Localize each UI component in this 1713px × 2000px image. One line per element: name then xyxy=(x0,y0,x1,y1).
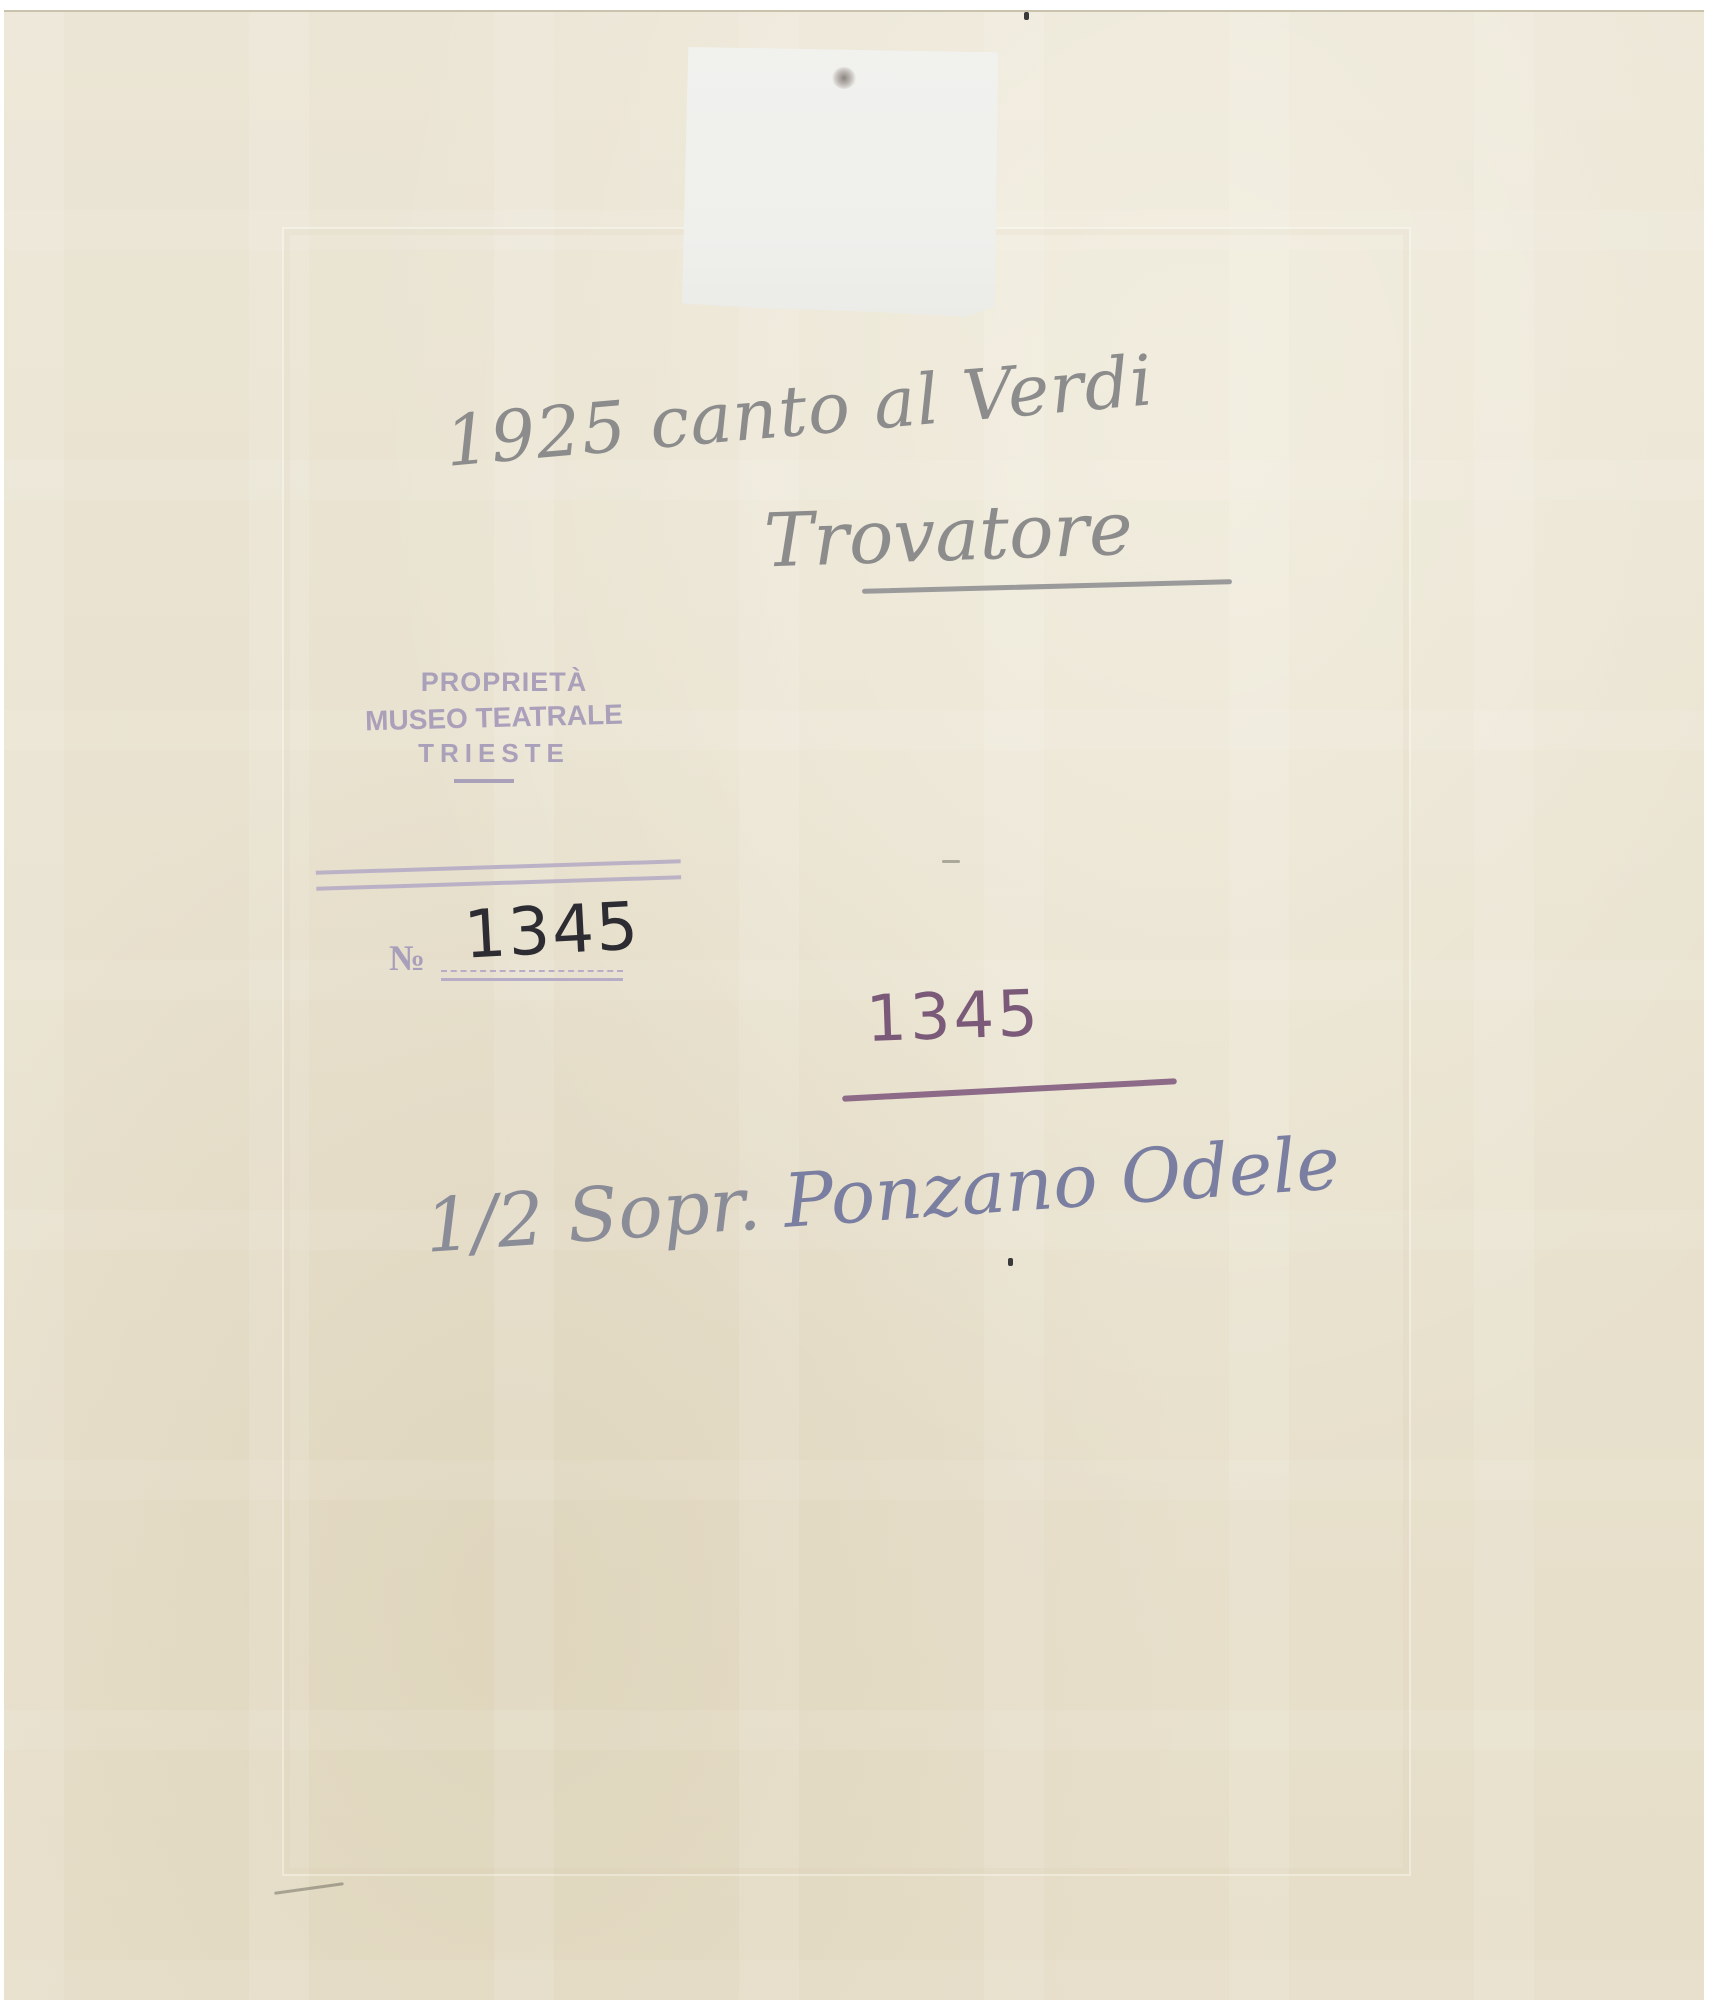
purple-underline xyxy=(842,1078,1177,1102)
smudge-mark xyxy=(274,1882,344,1895)
ink-dot xyxy=(1008,1258,1013,1266)
stamp-double-rule xyxy=(316,859,681,890)
museum-stamp: PROPRIETÀ MUSEO TEATRALE TRIESTE xyxy=(329,667,659,783)
stamp-line-2: MUSEO TEATRALE xyxy=(329,698,660,739)
stamp-line-3: TRIESTE xyxy=(329,738,659,769)
stamp-dash xyxy=(454,779,514,783)
singer-name: Ponzano Odele xyxy=(781,1120,1343,1245)
inventory-number-purple: 1345 xyxy=(865,977,1042,1057)
pencil-underline xyxy=(862,579,1232,594)
paper-tape-remnant xyxy=(682,47,998,317)
voice-part: 1/2 Sopr. xyxy=(422,1161,763,1270)
ink-dot-top xyxy=(1024,12,1029,20)
handwritten-date-line: 1925 canto al Verdi xyxy=(442,339,1157,483)
inventory-number-black: 1345 xyxy=(462,887,642,973)
small-mark xyxy=(942,860,960,863)
photo-back-card: 1925 canto al Verdi Trovatore PROPRIETÀ … xyxy=(4,10,1704,2000)
stamp-line-1: PROPRIETÀ xyxy=(349,667,659,698)
tape-stain xyxy=(832,67,856,89)
handwritten-attribution: 1/2 Sopr. Ponzano Odele xyxy=(422,1120,1342,1270)
handwritten-opera-title: Trovatore xyxy=(763,486,1134,585)
number-sign-label: № xyxy=(389,937,425,979)
